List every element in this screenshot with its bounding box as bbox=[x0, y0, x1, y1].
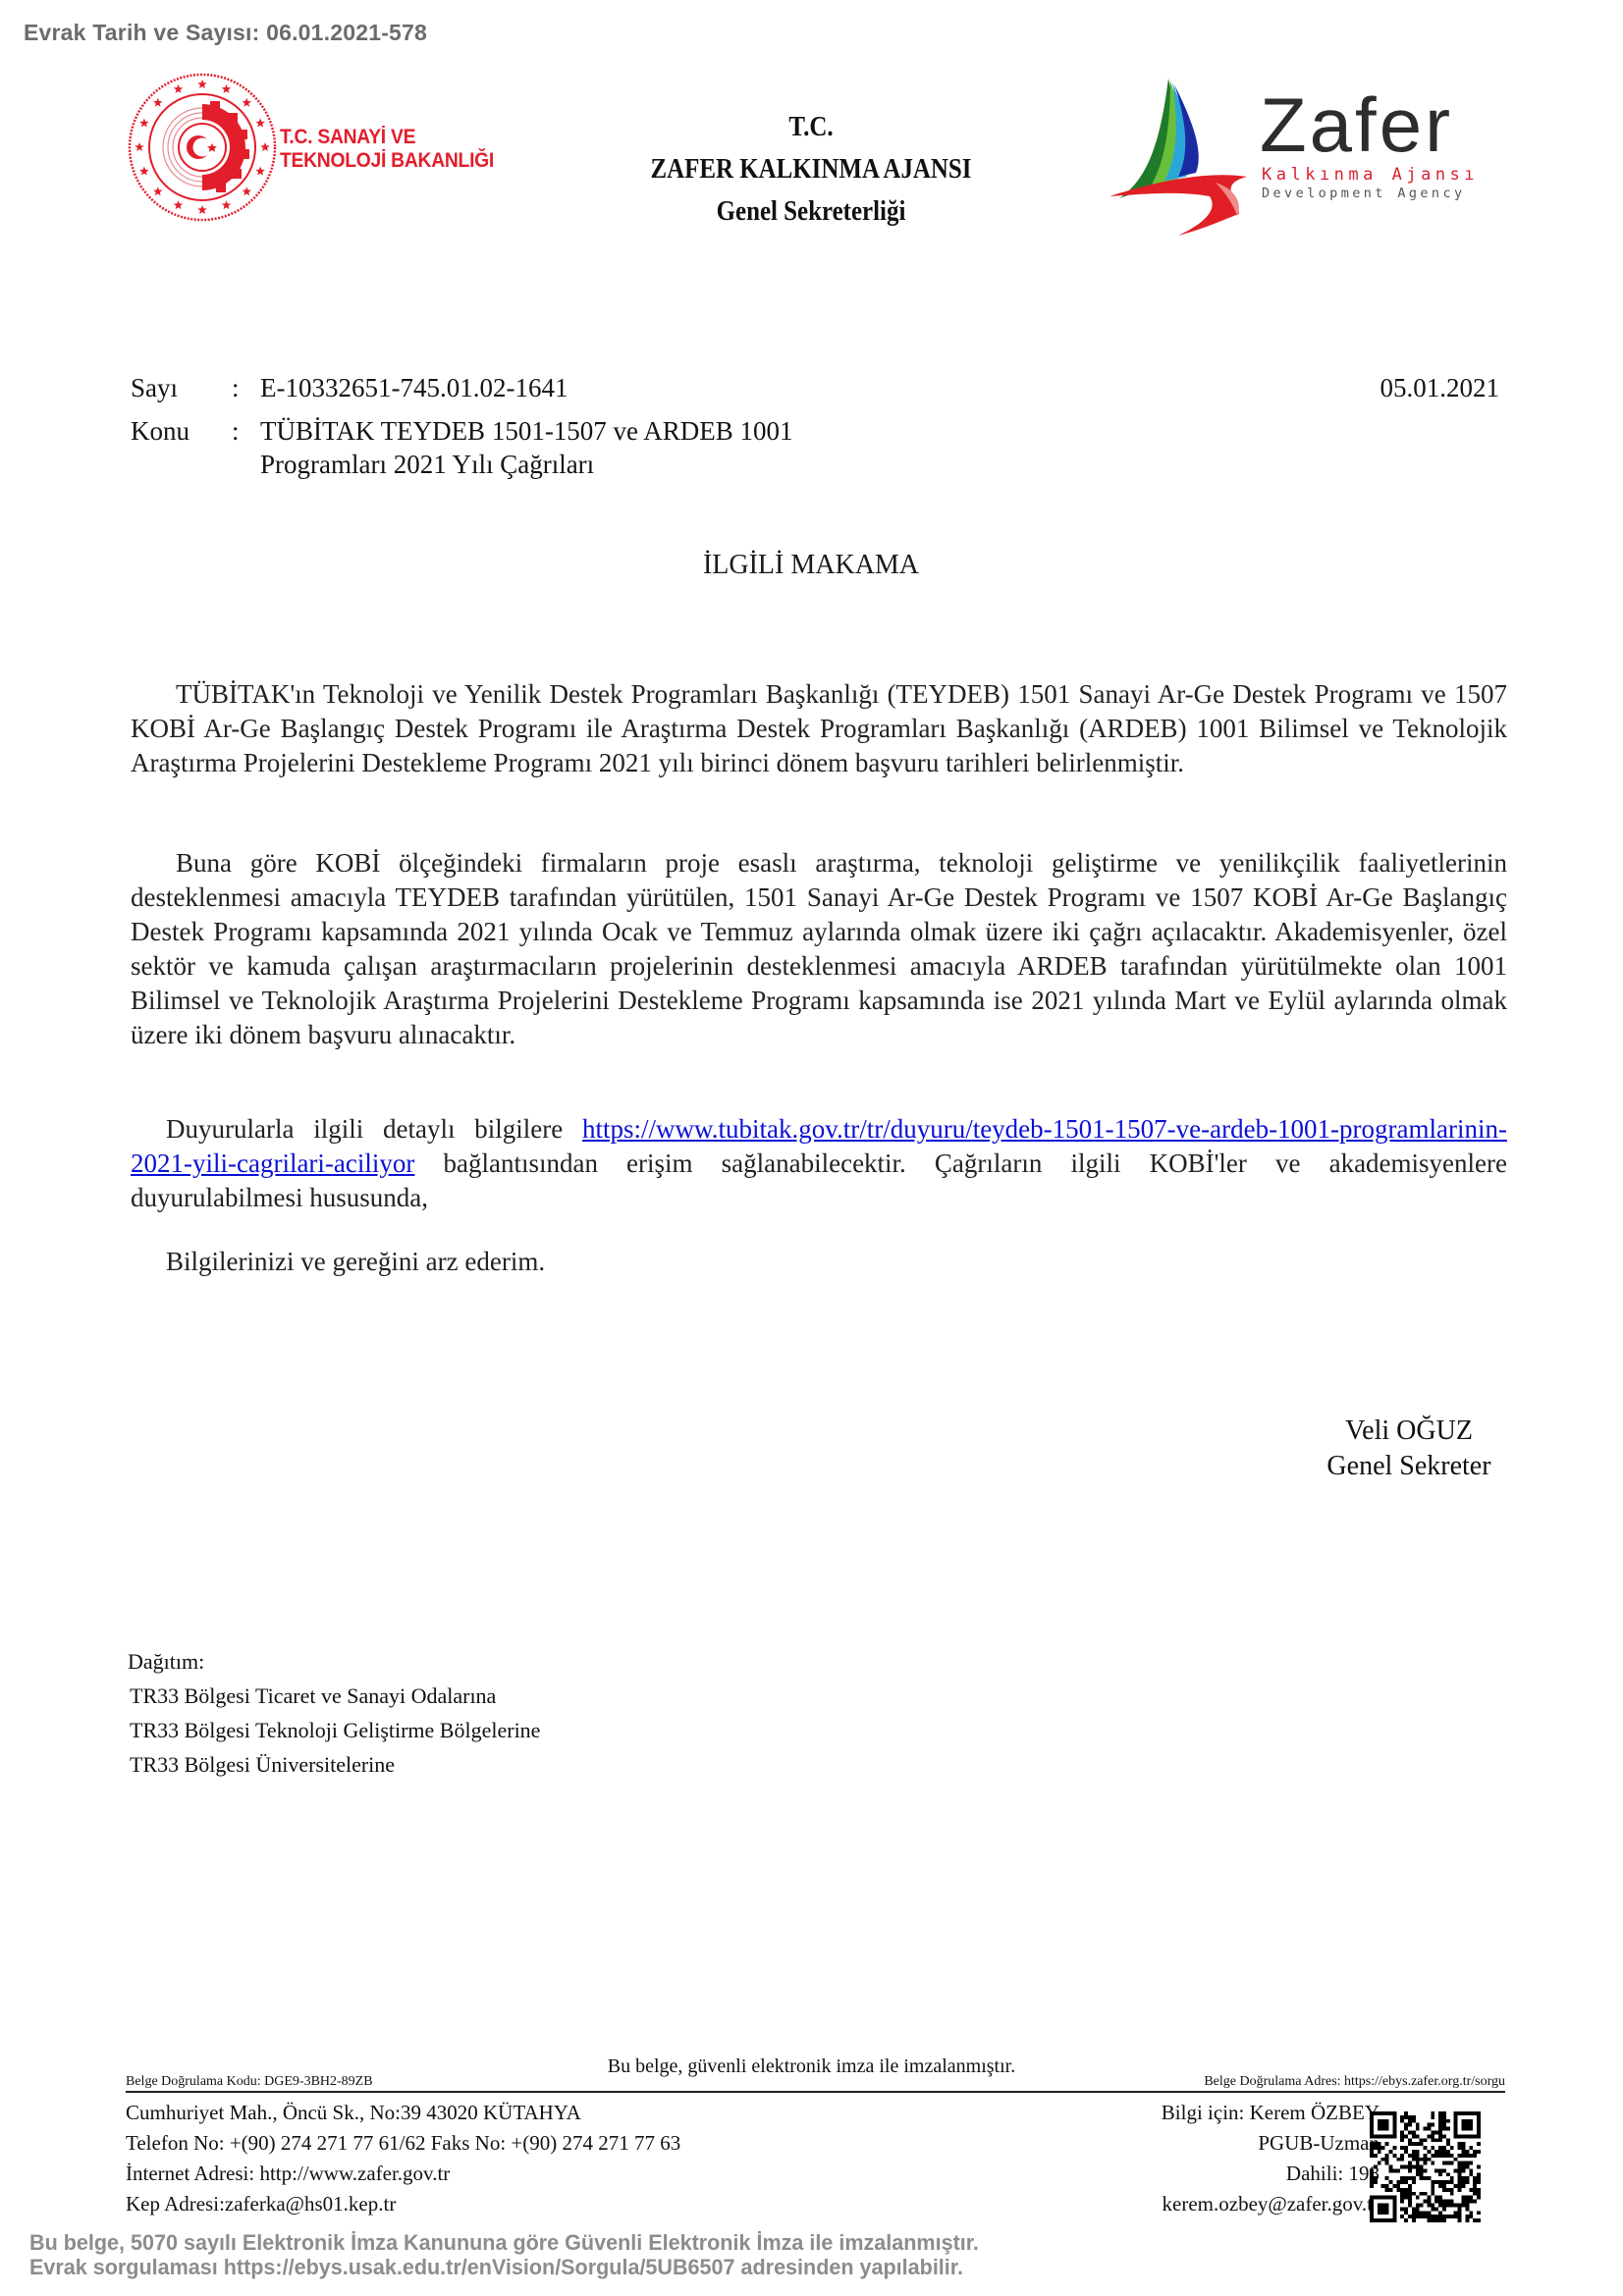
ministry-name: T.C. SANAYİ VE TEKNOLOJİ BAKANLIĞI bbox=[280, 126, 494, 173]
organization-heading: T.C. ZAFER KALKINMA AJANSI Genel Sekrete… bbox=[516, 106, 1106, 233]
stamp-line-1: Bu belge, 5070 sayılı Elektronik İmza Ka… bbox=[29, 2230, 979, 2255]
konu-value-line1: TÜBİTAK TEYDEB 1501-1507 ve ARDEB 1001 bbox=[260, 414, 793, 448]
info-contact-role: PGUB-Uzman bbox=[1162, 2128, 1380, 2159]
distribution-label: Dağıtım: bbox=[128, 1644, 540, 1679]
verification-code: Belge Doğrulama Kodu: DGE9-3BH2-89ZB bbox=[126, 2074, 373, 2090]
info-contact-extension: Dahili: 198 bbox=[1162, 2159, 1380, 2189]
qr-code-icon bbox=[1370, 2111, 1481, 2222]
heading-tc: T.C. bbox=[558, 106, 1064, 148]
agency-logo-subtitle-tr: Kalkınma Ajansı bbox=[1262, 165, 1479, 185]
paragraph-1: TÜBİTAK'ın Teknoloji ve Yenilik Destek P… bbox=[131, 677, 1507, 780]
agency-logo: Zafer Kalkınma Ajansı Development Agency bbox=[1100, 61, 1512, 238]
sayi-colon: : bbox=[232, 371, 240, 404]
sail-wave-icon bbox=[1100, 61, 1257, 238]
website-address: İnternet Adresi: http://www.zafer.gov.tr bbox=[126, 2159, 680, 2189]
footer-divider bbox=[126, 2091, 1505, 2093]
paragraph-3-lead: Duyurularla ilgili detaylı bilgilere bbox=[166, 1114, 582, 1144]
ministry-logo: T.C. SANAYİ VE TEKNOLOJİ BAKANLIĞI bbox=[126, 69, 518, 231]
konu-value-line2: Programları 2021 Yılı Çağrıları bbox=[260, 448, 594, 481]
info-contact-email: kerem.ozbey@zafer.gov.tr bbox=[1162, 2189, 1380, 2219]
signatory-name: Veli OĞUZ bbox=[1276, 1414, 1542, 1449]
closing-text: Bilgilerinizi ve gereğini arz ederim. bbox=[131, 1245, 1507, 1279]
sayi-label: Sayı bbox=[131, 371, 178, 404]
contact-address-block: Cumhuriyet Mah., Öncü Sk., No:39 43020 K… bbox=[126, 2098, 680, 2219]
signature-block: Veli OĞUZ Genel Sekreter bbox=[1276, 1414, 1542, 1484]
paragraph-2-text: Buna göre KOBİ ölçeğindeki firmaların pr… bbox=[131, 846, 1507, 1052]
heading-agency: ZAFER KALKINMA AJANSI bbox=[558, 148, 1064, 190]
distribution-item: TR33 Bölgesi Ticaret ve Sanayi Odalarına bbox=[128, 1679, 540, 1713]
distribution-item: TR33 Bölgesi Üniversitelerine bbox=[128, 1747, 540, 1782]
phone-fax: Telefon No: +(90) 274 271 77 61/62 Faks … bbox=[126, 2128, 680, 2159]
kep-address: Kep Adresi:zaferka@hs01.kep.tr bbox=[126, 2189, 680, 2219]
stamp-line-2: Evrak sorgulaması https://ebys.usak.edu.… bbox=[29, 2255, 979, 2279]
postal-address: Cumhuriyet Mah., Öncü Sk., No:39 43020 K… bbox=[126, 2098, 680, 2128]
info-contact-block: Bilgi için: Kerem ÖZBEY PGUB-Uzman Dahil… bbox=[1162, 2098, 1380, 2219]
info-contact-name: Bilgi için: Kerem ÖZBEY bbox=[1162, 2098, 1380, 2128]
paragraph-1-text: TÜBİTAK'ın Teknoloji ve Yenilik Destek P… bbox=[131, 677, 1507, 780]
document-registry-stamp: Evrak Tarih ve Sayısı: 06.01.2021-578 bbox=[24, 20, 427, 46]
document-date: 05.01.2021 bbox=[1380, 371, 1500, 404]
heading-department: Genel Sekreterliği bbox=[558, 190, 1064, 233]
verification-address: Belge Doğrulama Adres: https://ebys.zafe… bbox=[1204, 2074, 1505, 2090]
sayi-value: E-10332651-745.01.02-1641 bbox=[260, 371, 568, 404]
distribution-list: Dağıtım: TR33 Bölgesi Ticaret ve Sanayi … bbox=[128, 1644, 540, 1782]
e-signature-law-stamp: Bu belge, 5070 sayılı Elektronik İmza Ka… bbox=[29, 2230, 999, 2279]
konu-label: Konu bbox=[131, 414, 189, 448]
salutation: İLGİLİ MAKAMA bbox=[516, 550, 1106, 581]
signatory-title: Genel Sekreter bbox=[1276, 1449, 1542, 1484]
paragraph-2: Buna göre KOBİ ölçeğindeki firmaların pr… bbox=[131, 846, 1507, 1052]
distribution-item: TR33 Bölgesi Teknoloji Geliştirme Bölgel… bbox=[128, 1713, 540, 1747]
ministry-name-line2: TEKNOLOJİ BAKANLIĞI bbox=[280, 149, 494, 173]
agency-logo-subtitle-en: Development Agency bbox=[1262, 186, 1466, 201]
konu-colon: : bbox=[232, 414, 240, 448]
ministry-seal-icon bbox=[126, 69, 279, 226]
ministry-name-line1: T.C. SANAYİ VE bbox=[280, 126, 494, 149]
paragraph-3: Duyurularla ilgili detaylı bilgilere htt… bbox=[131, 1112, 1507, 1215]
agency-logo-wordmark: Zafer bbox=[1260, 86, 1453, 163]
closing-paragraph: Bilgilerinizi ve gereğini arz ederim. bbox=[131, 1245, 1507, 1279]
